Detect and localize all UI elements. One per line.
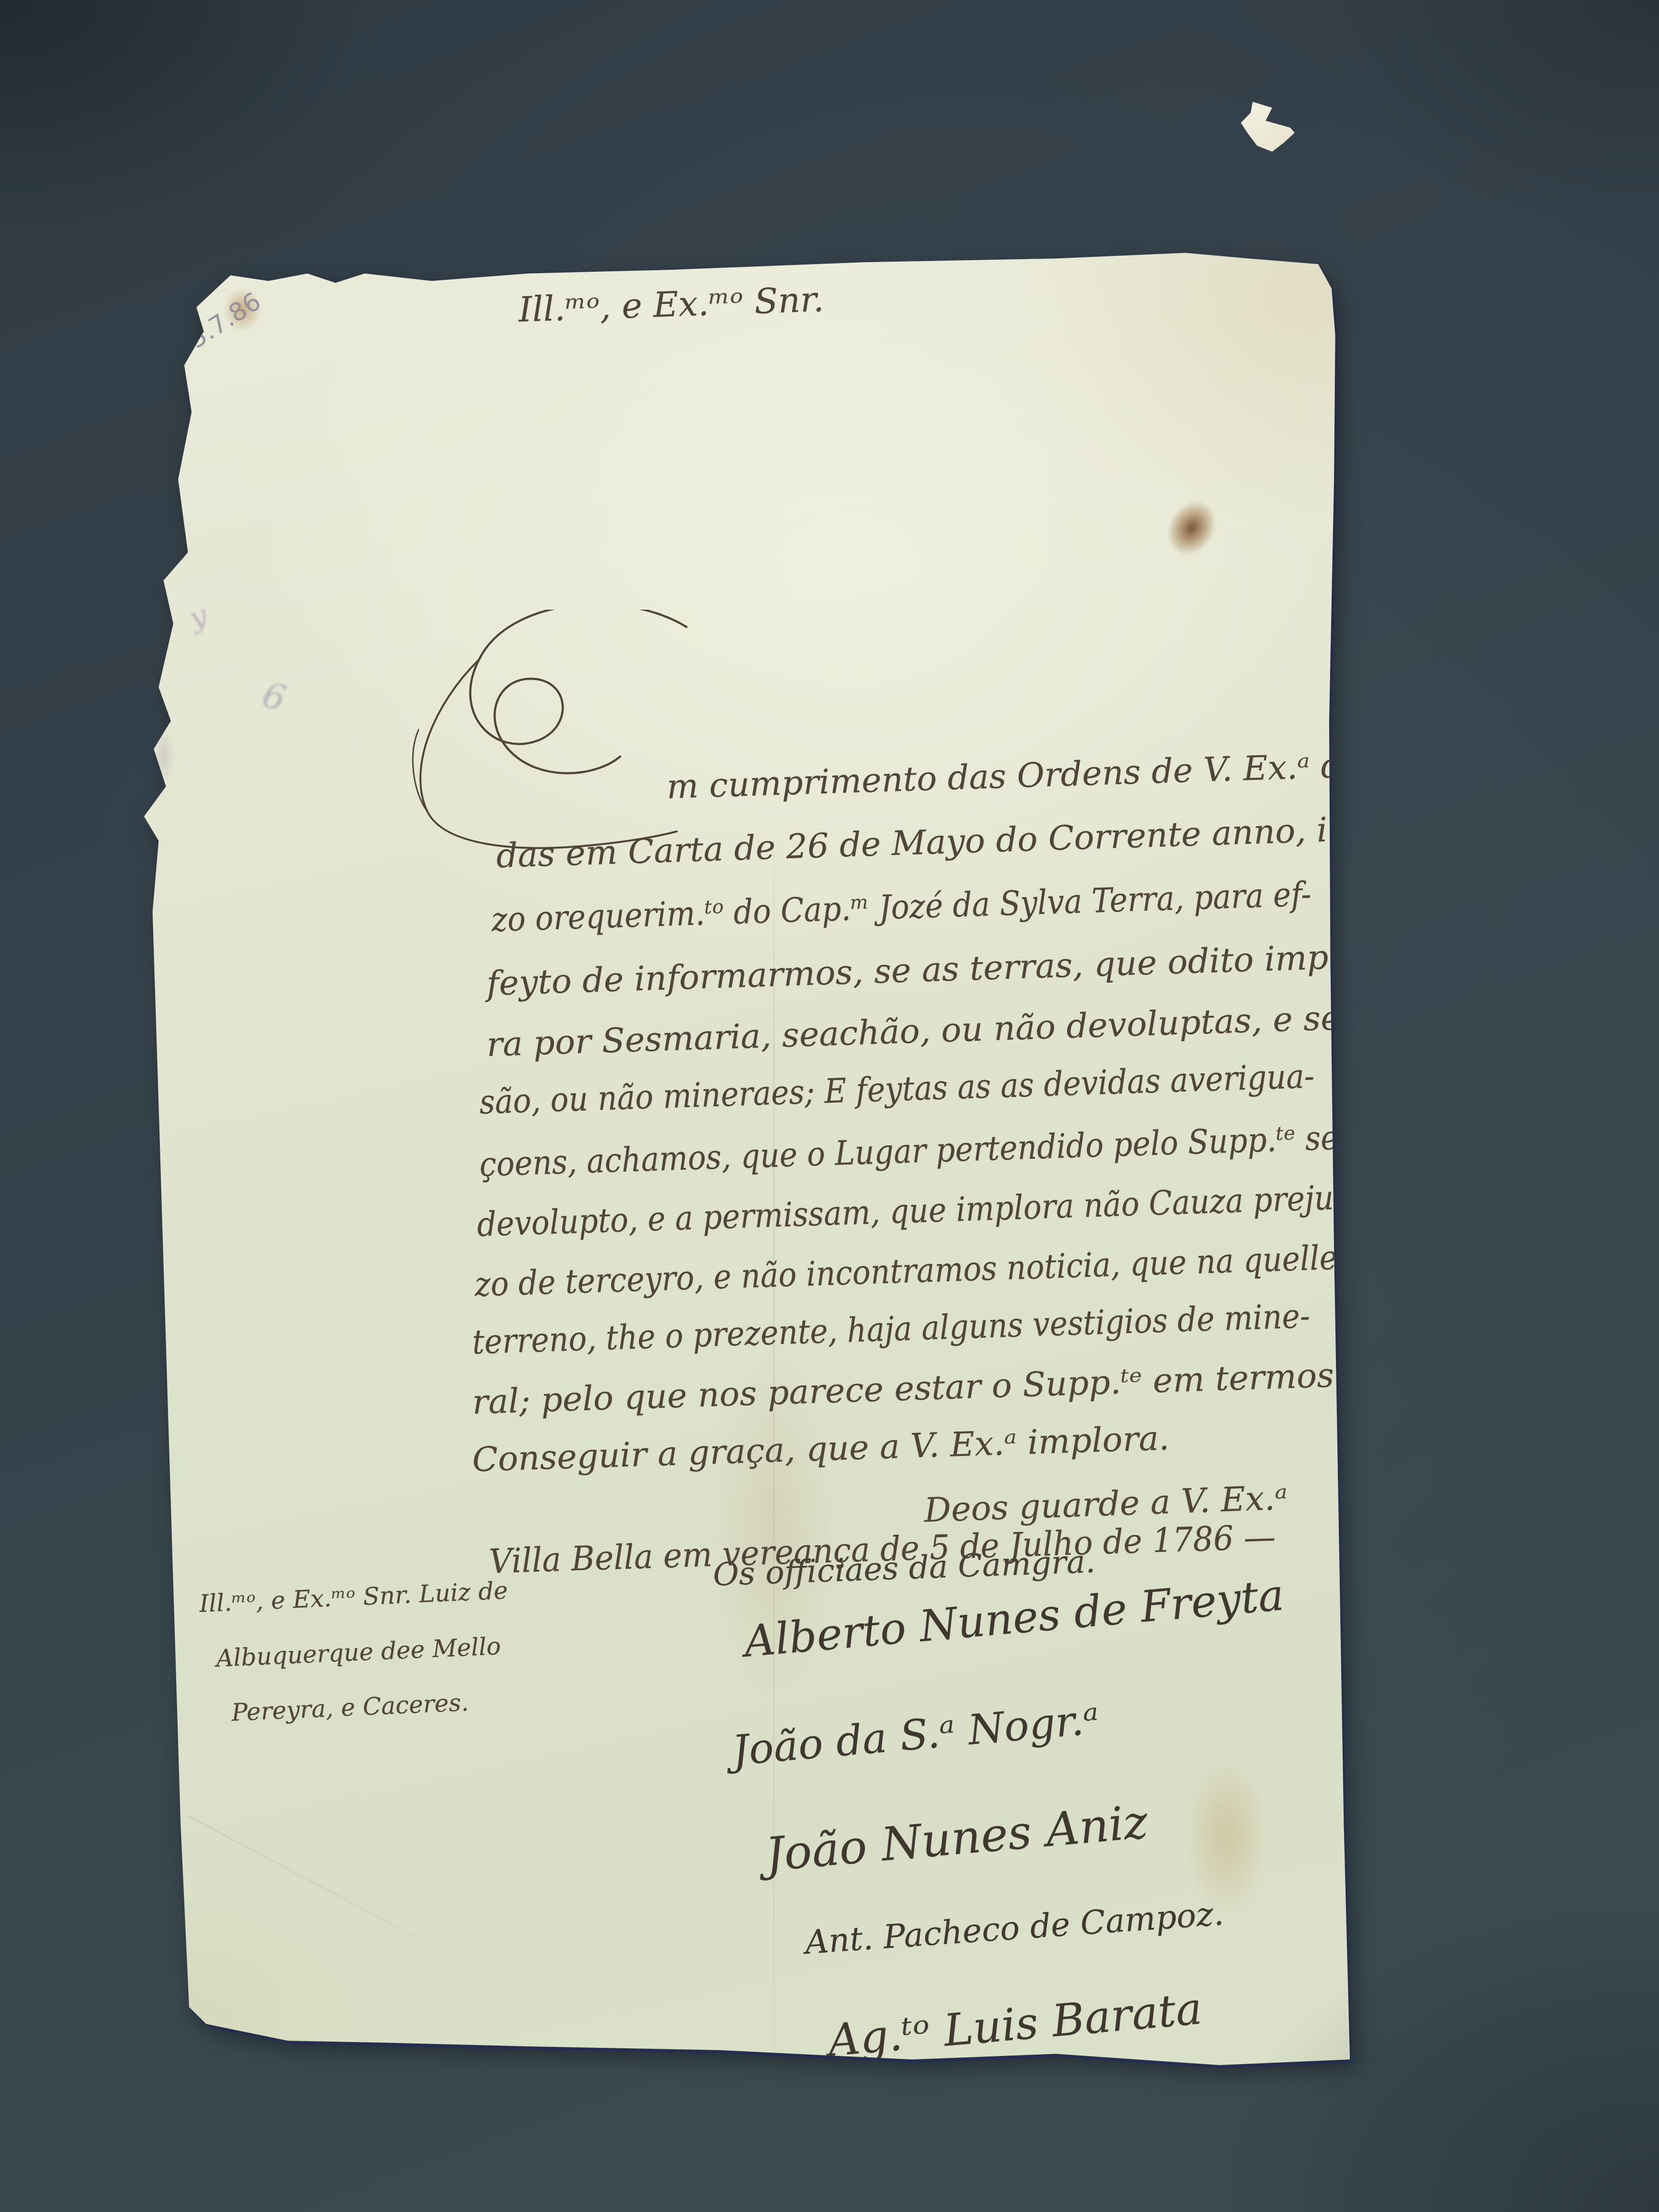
body-line: ra por Sesmaria, seachão, ou não devolup… (486, 998, 1341, 1064)
foxing-stain (1186, 1757, 1267, 1915)
pencil-archival-note: 5.7.86 (184, 287, 266, 354)
body-line: zo orequerim.ᵗᵒ do Cap.ᵐ Jozé da Sylva T… (491, 874, 1311, 939)
ink-stain (1157, 492, 1226, 565)
body-line: Conseguir a graça, que a V. Ex.ᵃ implora… (471, 1418, 1170, 1479)
body-line: devolupto, e a permissam, que implora nã… (476, 1178, 1354, 1244)
photo-background: y 6 5.7.86 Ill.ᵐᵒ, e Ex.ᵐᵒ Snr. m cumpri… (0, 0, 1659, 2212)
paper-bottom-edge-highlight (144, 2096, 1363, 2103)
ink-bleedthrough-mark: y (185, 598, 212, 635)
ink-bleedthrough-mark: 6 (259, 675, 290, 720)
salutation: Ill.ᵐᵒ, e Ex.ᵐᵒ Snr. (518, 279, 825, 330)
body-line: feyto de informarmos, se as terras, que … (486, 936, 1371, 1003)
body-line: zo de terceyro, e não incontramos notici… (474, 1238, 1338, 1304)
diagonal-crease (187, 1815, 603, 2037)
body-line: m cumprimento das Ordens de V. Ex.ᵃ dest… (666, 741, 1485, 806)
body-line: são, ou não mineraes; E feytas as as dev… (479, 1056, 1315, 1122)
body-line: ral; pelo que nos parece estar o Supp.ᵗᵉ… (471, 1354, 1386, 1422)
manuscript-paper: y 6 5.7.86 Ill.ᵐᵒ, e Ex.ᵐᵒ Snr. m cumpri… (144, 230, 1363, 2103)
addressee-line: Ill.ᵐᵒ, e Ex.ᵐᵒ Snr. Luiz de (199, 1576, 508, 1618)
signature: Ag.ᵗᵒ Luis Barata (826, 1983, 1204, 2067)
body-line: çoens, achamos, que o Lugar pertendido p… (479, 1115, 1421, 1184)
body-line: terreno, the o prezente, haja alguns ves… (471, 1296, 1310, 1362)
addressee-line: Pereyra, e Caceres. (231, 1688, 469, 1727)
signature: João Nunes Aniz (763, 1795, 1150, 1882)
ink-bleedthrough-blob (153, 730, 175, 782)
addressee-line: Albuquerque dee Mello (216, 1632, 502, 1672)
paper-shadow-wrap: y 6 5.7.86 Ill.ᵐᵒ, e Ex.ᵐᵒ Snr. m cumpri… (0, 0, 1659, 2212)
signature: João da S.ᵃ Nogr.ᵃ (730, 1695, 1101, 1775)
signature: Ant. Pacheco de Campoz. (804, 1895, 1225, 1962)
